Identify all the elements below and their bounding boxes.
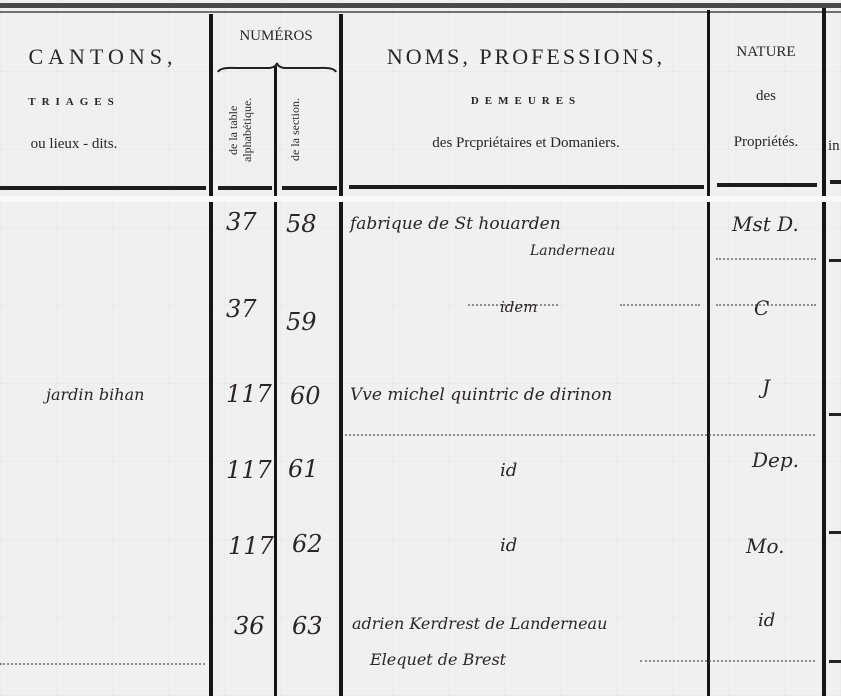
- header-next-fragment: in: [828, 138, 841, 155]
- header-cantons-lieux: ou lieux - dits.: [4, 136, 144, 153]
- row6-owner-line2: Elequet de Brest: [370, 650, 506, 669]
- row2-section-num: 59: [286, 308, 317, 336]
- header-noms-title: NOMS, PROFESSIONS,: [347, 44, 705, 70]
- image-seam: [0, 196, 841, 202]
- row6-table-num: 36: [234, 612, 265, 640]
- row1-nature: Mst D.: [732, 212, 799, 236]
- row3-owner: Vve michel quintric de dirinon: [350, 385, 612, 405]
- row4-section-num: 61: [288, 455, 319, 483]
- top-rule-thin: [0, 11, 841, 13]
- header-cantons-triages: TRIAGES: [0, 96, 154, 108]
- row5-owner: id: [500, 535, 517, 556]
- row6-dotted-rule-right: [640, 660, 815, 662]
- row6-owner: adrien Kerdrest de Landerneau: [352, 614, 607, 633]
- brace-icon: [216, 62, 338, 74]
- row3-section-num: 60: [290, 382, 321, 410]
- row5-table-num: 117: [228, 532, 274, 560]
- header-rule-nature: [717, 183, 817, 187]
- margin-tick: [829, 259, 841, 262]
- margin-tick: [829, 413, 841, 416]
- margin-tick: [829, 660, 841, 663]
- row3-nature: J: [762, 375, 770, 399]
- row5-section-num: 62: [292, 530, 323, 558]
- header-numeros-title: NUMÉROS: [214, 28, 338, 45]
- row1-owner-line2: Landerneau: [530, 243, 615, 259]
- column-divider-right: [822, 8, 826, 696]
- row1-owner: fabrique de St houarden: [350, 214, 561, 234]
- header-nature-title: NATURE: [712, 44, 820, 61]
- header-rule-cantons: [0, 186, 206, 190]
- header-nature-des: des: [712, 88, 820, 105]
- row2-nature-dotted: [716, 304, 816, 306]
- column-divider-cantons: [209, 14, 213, 696]
- column-divider-nature: [707, 10, 710, 696]
- row3-dotted-rule: [345, 434, 815, 436]
- header-numeros-section: de la section.: [288, 80, 328, 180]
- row6-dotted-rule-left: [0, 663, 205, 665]
- header-noms-proprietaires: des Prcpriétaires et Domaniers.: [347, 135, 705, 152]
- row6-section-num: 63: [292, 612, 323, 640]
- row2-nature: C: [754, 296, 769, 320]
- row2-table-num: 37: [226, 295, 257, 323]
- row2-dotted-rule-right: [620, 304, 700, 306]
- header-cantons-title: CANTONS,: [0, 44, 206, 70]
- margin-tick: [829, 531, 841, 534]
- header-rule-section: [282, 186, 337, 190]
- header-numeros-table: de la table alphabétique.: [226, 80, 264, 180]
- row3-table-num: 117: [226, 380, 272, 408]
- row2-owner: idem: [500, 298, 538, 316]
- column-divider-numeros: [274, 66, 277, 696]
- row1-section-num: 58: [286, 210, 317, 238]
- header-rule-noms: [349, 185, 704, 189]
- row6-nature: id: [758, 610, 775, 631]
- header-rule-next: [830, 180, 841, 184]
- row3-canton: jardin bihan: [46, 385, 144, 404]
- row4-table-num: 117: [226, 456, 272, 484]
- row1-table-num: 37: [226, 208, 257, 236]
- header-noms-demeures: DEMEURES: [347, 95, 705, 107]
- header-nature-proprietes: Propriétés.: [712, 134, 820, 151]
- register-page: CANTONS, TRIAGES ou lieux - dits. NUMÉRO…: [0, 0, 841, 696]
- top-rule: [0, 3, 841, 8]
- row4-owner: id: [500, 460, 517, 481]
- row1-dotted-rule: [716, 258, 816, 260]
- column-divider-noms: [339, 14, 343, 696]
- row5-nature: Mo.: [746, 534, 785, 558]
- row4-nature: Dep.: [752, 448, 799, 472]
- header-rule-table: [218, 186, 272, 190]
